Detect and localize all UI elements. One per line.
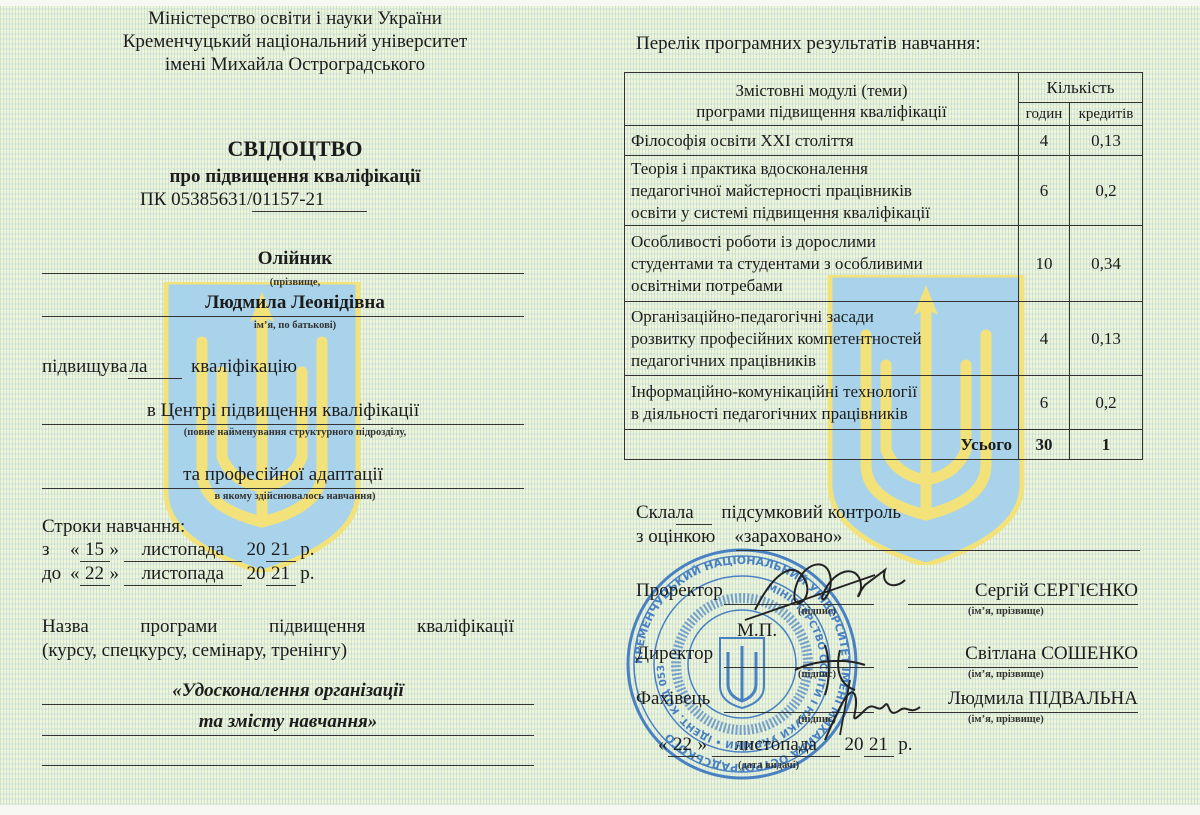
issue-day: 22 — [668, 734, 698, 757]
underline — [42, 488, 524, 489]
to-day: 22 — [80, 563, 110, 586]
training-unit-line2: та професійної адаптації — [42, 464, 524, 486]
from-month: листопада — [124, 539, 242, 562]
surname-caption: (прізвище, — [40, 277, 550, 288]
table-row: Організаційно-педагогічні засадирозвитку… — [625, 302, 1143, 376]
table-row: Особливості роботи із дорослимистудентам… — [625, 226, 1143, 302]
ministry-name: Міністерство освіти і науки України — [40, 7, 550, 30]
table-row: Інформаційно-комунікаційні технологіїв д… — [625, 376, 1143, 430]
given-name: Людмила Леонідівна — [40, 292, 550, 314]
study-period-to: до«22» листопада 2021 р. — [42, 563, 315, 586]
underline — [42, 424, 524, 425]
issuer-header: Міністерство освіти і науки України Крем… — [40, 7, 550, 76]
given-name-caption: ім’я, по батькові) — [40, 320, 550, 331]
module-credits: 0,2 — [1070, 376, 1143, 430]
underline — [42, 273, 524, 274]
name-caption: (ім’я, прізвище) — [968, 669, 1044, 680]
signature-vice-rector — [735, 550, 915, 630]
table-row: Теорія і практика вдосконаленняпедагогіч… — [625, 156, 1143, 226]
header-module: Змістовні модулі (теми) програми підвище… — [625, 73, 1019, 126]
document-subtitle: про підвищення кваліфікації — [40, 166, 550, 188]
module-name: Філософія освіти XXI століття — [625, 126, 1019, 156]
page-edge — [0, 0, 1200, 6]
training-unit-line1: в Центрі підвищення кваліфікації — [42, 400, 524, 422]
issue-year: 21 — [864, 734, 894, 757]
program-name-line1: «Удосконалення організації — [42, 680, 534, 702]
header-credits: кредитів — [1070, 103, 1143, 126]
final-control-statement: Склала підсумковий контроль — [636, 502, 901, 525]
total-label: Усього — [625, 430, 1019, 460]
module-name: Інформаційно-комунікаційні технологіїв д… — [625, 376, 1019, 430]
qualified-prefix: підвищува — [42, 356, 128, 377]
document-number: ПК 05385631/01157-21 — [140, 189, 367, 212]
module-hours: 6 — [1019, 156, 1070, 226]
from-day: 15 — [80, 539, 110, 562]
page-edge — [0, 805, 1200, 815]
program-name-line2: та змісту навчання» — [42, 711, 534, 733]
study-period-from: з«15» листопада 2021 р. — [42, 539, 315, 562]
module-name: Особливості роботи із дорослимистудентам… — [625, 226, 1019, 302]
qualification-statement: підвищувала кваліфікацію — [42, 356, 297, 379]
issue-month: листопада — [712, 734, 840, 757]
module-hours: 4 — [1019, 302, 1070, 376]
issue-date: «22» листопада 2021 р. — [658, 734, 913, 757]
surname: Олійник — [40, 248, 550, 270]
table-row: Філософія освіти XXI століття40,13 — [625, 126, 1143, 156]
grade-line: з оцінкою «зараховано» — [636, 526, 842, 548]
header-quantity: Кількість — [1019, 73, 1143, 103]
module-name: Теорія і практика вдосконаленняпедагогіч… — [625, 156, 1019, 226]
name-caption: (ім’я, прізвище) — [968, 714, 1044, 725]
underline — [42, 316, 524, 317]
module-credits: 0,13 — [1070, 126, 1143, 156]
underline — [908, 604, 1138, 605]
qualified-suffix: ла — [128, 356, 182, 379]
university-name: Кременчуцький національний університет — [40, 30, 550, 53]
signatory-role: Фахівець — [636, 688, 710, 710]
signatory-name: Світлана СОШЕНКО — [908, 643, 1138, 665]
results-title: Перелік програмних результатів навчання: — [636, 33, 981, 55]
total-hours: 30 — [1019, 430, 1070, 460]
training-unit-caption1: (повне найменування структурного підрозд… — [40, 427, 550, 438]
module-hours: 6 — [1019, 376, 1070, 430]
signatory-name: Сергій СЕРГІЄНКО — [908, 580, 1138, 602]
underline — [42, 704, 534, 705]
underline — [42, 765, 534, 766]
signatory-role: Проректор — [636, 580, 723, 602]
qualified-text: кваліфікацію — [191, 356, 297, 377]
from-year: 21 — [266, 539, 296, 562]
header-hours: годин — [1019, 103, 1070, 126]
module-credits: 0,34 — [1070, 226, 1143, 302]
signatory-role: Директор — [636, 643, 713, 665]
module-hours: 4 — [1019, 126, 1070, 156]
issue-date-caption: (дата видачі) — [738, 760, 799, 771]
program-label-line1: Назва програми підвищення кваліфікації — [42, 616, 514, 638]
underline — [42, 735, 534, 736]
document-title: СВІДОЦТВО — [40, 136, 550, 162]
to-year: 21 — [266, 563, 296, 586]
underline — [908, 712, 1138, 713]
module-credits: 0,2 — [1070, 156, 1143, 226]
total-credits: 1 — [1070, 430, 1143, 460]
module-hours: 10 — [1019, 226, 1070, 302]
to-month: листопада — [124, 563, 242, 586]
program-label-line2: (курсу, спецкурсу, семінару, тренінгу) — [42, 640, 347, 662]
results-table: Змістовні модулі (теми) програми підвище… — [624, 72, 1143, 460]
study-period-label: Строки навчання: — [42, 516, 185, 538]
name-caption: (ім’я, прізвище) — [968, 606, 1044, 617]
module-name: Організаційно-педагогічні засадирозвитку… — [625, 302, 1019, 376]
document-number-prefix: ПК 05385631/ — [140, 189, 252, 210]
training-unit-caption2: в якому здійснювалось навчання) — [40, 491, 550, 502]
module-credits: 0,13 — [1070, 302, 1143, 376]
control-suffix: ла — [676, 502, 712, 525]
underline — [908, 667, 1138, 668]
grade-value: «зараховано» — [734, 526, 842, 547]
university-name-line2: імені Михайла Остроградського — [40, 53, 550, 76]
document-number-value: 01157-21 — [252, 189, 367, 212]
signatory-name: Людмила ПІДВАЛЬНА — [908, 688, 1138, 710]
grade-label: з оцінкою — [636, 526, 715, 547]
